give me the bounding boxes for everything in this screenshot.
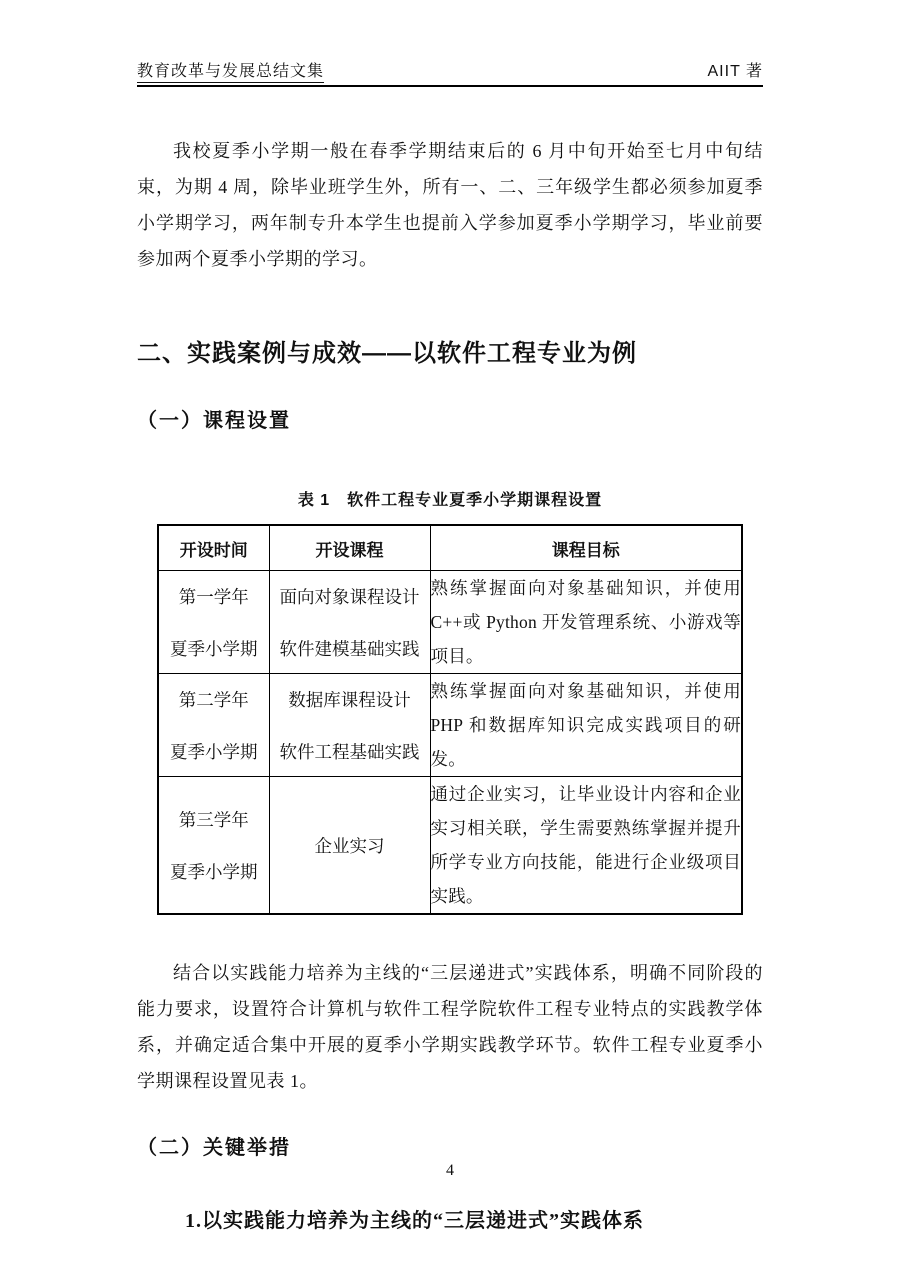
cell-course: 面向对象课程设计 软件建模基础实践 [269, 571, 430, 674]
cell-course: 数据库课程设计 软件工程基础实践 [269, 674, 430, 777]
subsection-heading-key-measures: （二）关键举措 [137, 1131, 763, 1160]
table-caption: 表 1 软件工程专业夏季小学期课程设置 [137, 487, 763, 510]
running-header-author: AIIT 著 [708, 58, 764, 81]
table-row: 第三学年 夏季小学期 企业实习 通过企业实习，让毕业设计内容和企业实习相关联，学… [158, 777, 742, 915]
running-header-title: 教育改革与发展总结文集 [137, 58, 324, 81]
table-row: 第二学年 夏季小学期 数据库课程设计 软件工程基础实践 熟练掌握面向对象基础知识… [158, 674, 742, 777]
paragraph-three-layer-system: 结合以实践能力培养为主线的“三层递进式”实践体系，明确不同阶段的能力要求，设置符… [137, 955, 763, 1099]
table-header-row: 开设时间 开设课程 课程目标 [158, 525, 742, 571]
cell-course-line2: 软件建模基础实践 [280, 636, 420, 661]
column-header-goal: 课程目标 [430, 525, 742, 571]
cell-course-line2: 软件工程基础实践 [280, 739, 420, 764]
cell-time-line1: 第一学年 [179, 584, 249, 609]
page-number: 4 [0, 1162, 900, 1180]
paragraph-summer-term-intro: 我校夏季小学期一般在春季学期结束后的 6 月中旬开始至七月中旬结束，为期 4 周… [137, 133, 763, 277]
cell-goal: 熟练掌握面向对象基础知识，并使用 PHP 和数据库知识完成实践项目的研发。 [430, 674, 742, 777]
cell-goal: 熟练掌握面向对象基础知识，并使用 C++或 Python 开发管理系统、小游戏等… [430, 571, 742, 674]
cell-time: 第一学年 夏季小学期 [158, 571, 269, 674]
column-header-time: 开设时间 [158, 525, 269, 571]
cell-time-line2: 夏季小学期 [170, 859, 258, 884]
cell-time-line2: 夏季小学期 [170, 739, 258, 764]
cell-time-line1: 第二学年 [179, 687, 249, 712]
subsubsection-heading-practice-ability: 1.以实践能力培养为主线的“三层递进式”实践体系 [185, 1204, 763, 1233]
document-page: 教育改革与发展总结文集 AIIT 著 我校夏季小学期一般在春季学期结束后的 6 … [0, 0, 900, 1272]
cell-time: 第二学年 夏季小学期 [158, 674, 269, 777]
table-row: 第一学年 夏季小学期 面向对象课程设计 软件建模基础实践 熟练掌握面向对象基础知… [158, 571, 742, 674]
cell-time: 第三学年 夏季小学期 [158, 777, 269, 915]
cell-course-line1: 企业实习 [270, 833, 430, 858]
cell-time-line2: 夏季小学期 [170, 636, 258, 661]
course-schedule-table: 开设时间 开设课程 课程目标 第一学年 夏季小学期 面向对象课程设计 软件建模基… [157, 524, 743, 915]
section-heading-practice-cases: 二、实践案例与成效——以软件工程专业为例 [137, 333, 763, 368]
cell-course: 企业实习 [269, 777, 430, 915]
cell-time-line1: 第三学年 [179, 807, 249, 832]
cell-course-line1: 面向对象课程设计 [280, 584, 420, 609]
cell-course-line1: 数据库课程设计 [288, 687, 411, 712]
running-header: 教育改革与发展总结文集 AIIT 著 [137, 58, 763, 87]
subsection-heading-course-setup: （一）课程设置 [137, 404, 763, 433]
column-header-course: 开设课程 [269, 525, 430, 571]
cell-goal: 通过企业实习，让毕业设计内容和企业实习相关联，学生需要熟练掌握并提升所学专业方向… [430, 777, 742, 915]
